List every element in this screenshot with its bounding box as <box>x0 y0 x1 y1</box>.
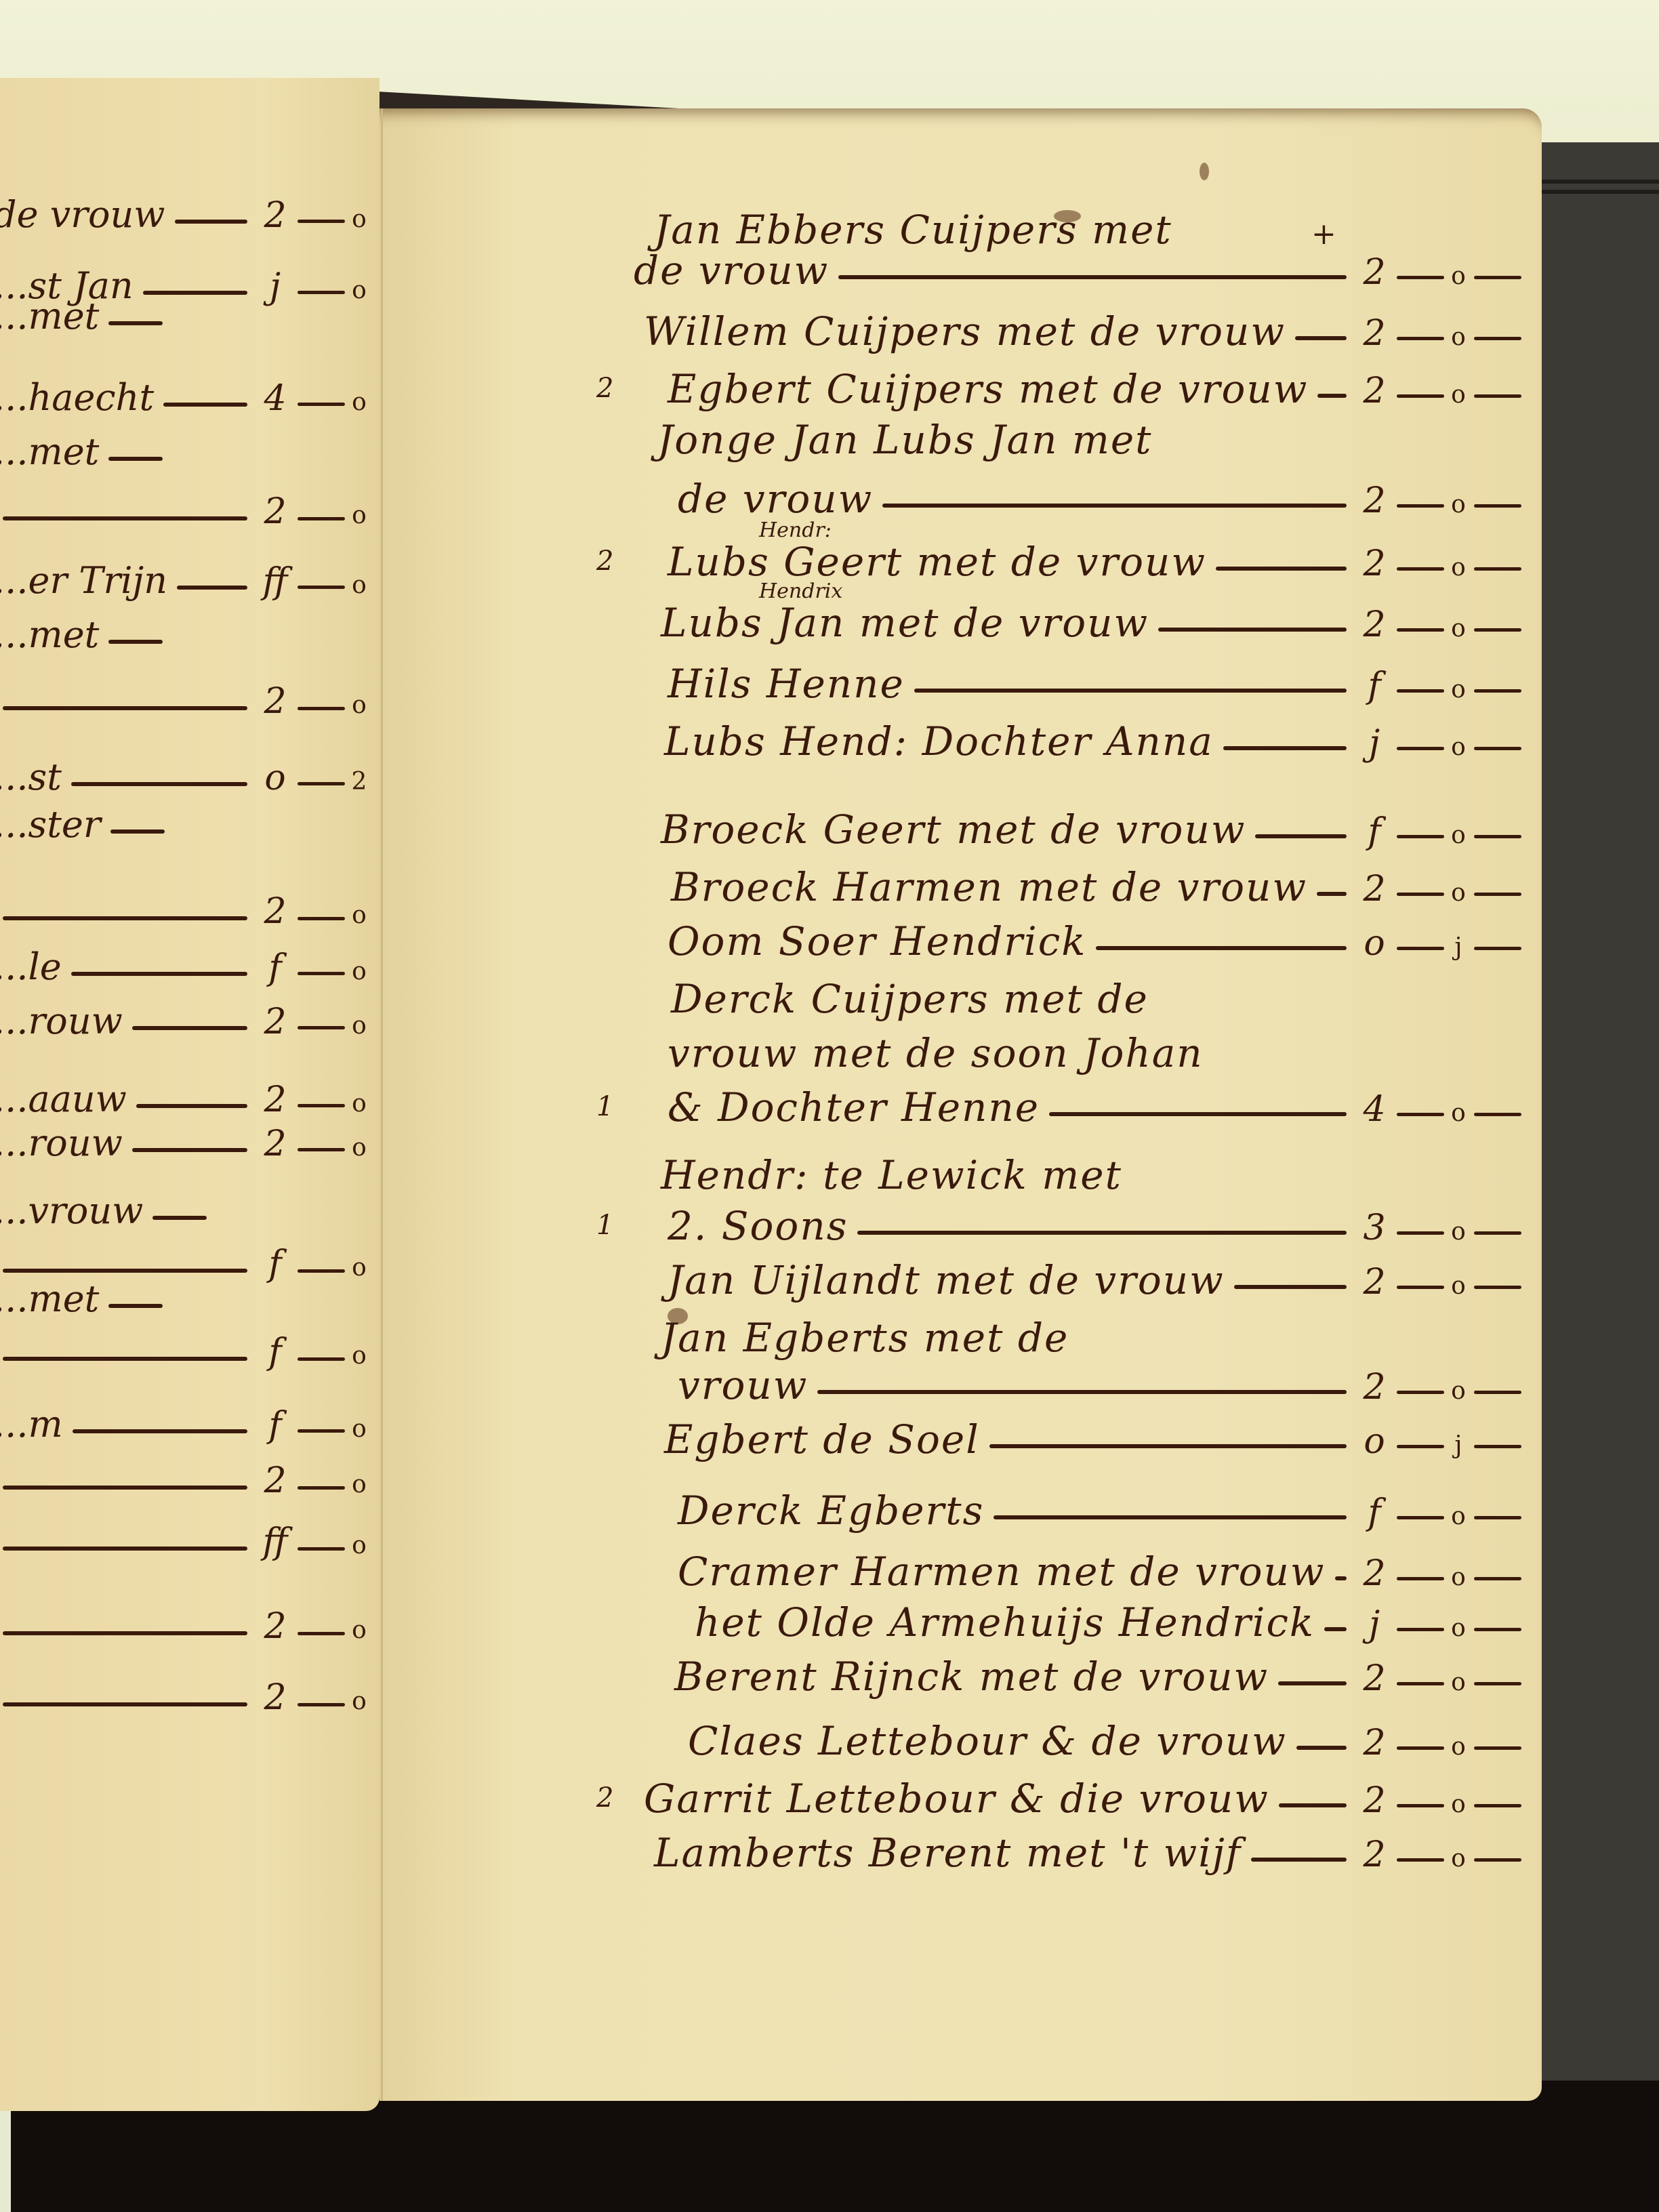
tail-dash <box>1474 1682 1521 1685</box>
fill-dash <box>71 972 247 976</box>
separator-dash <box>1397 337 1444 340</box>
tail-dash <box>1474 1516 1521 1519</box>
register-entry: Lubs Geert met de vrouw2o <box>668 539 1521 585</box>
fill-dash <box>108 640 163 644</box>
entry-count: 3 <box>1356 1208 1393 1248</box>
register-entry: het Olde Armehuijs Hendrickjo <box>695 1599 1521 1645</box>
left-page-line: ...haecht4o <box>0 376 369 419</box>
separator-dash <box>298 782 345 785</box>
separator-dash <box>298 1632 345 1635</box>
left-page-line: 2o <box>0 681 369 722</box>
entry-sub-count: o <box>1448 1668 1469 1696</box>
line-text: de vrouw <box>0 193 165 236</box>
separator-dash <box>1397 1516 1444 1519</box>
entry-name: Garrit Lettebour & die vrouw <box>644 1776 1269 1822</box>
entry-sub-count: o <box>1448 1845 1469 1872</box>
separator-dash <box>1397 835 1444 838</box>
register-entry: Lubs Jan met de vrouw2o <box>661 600 1521 646</box>
line-sub-count: o <box>349 1471 369 1498</box>
line-text: ...m <box>0 1403 63 1446</box>
entry-count: 2 <box>1356 313 1393 354</box>
separator-dash <box>1397 1445 1444 1448</box>
register-entry: Derck Cuijpers met de <box>671 976 1521 1022</box>
interlinear-note: Hendr: <box>759 518 832 542</box>
entry-sub-count: o <box>1448 1377 1469 1405</box>
left-page-line: ...aauw2o <box>0 1078 369 1120</box>
entry-name: Jan Uijlandt met de vrouw <box>668 1257 1225 1303</box>
entry-name: Hils Henne <box>668 661 905 707</box>
line-text: ...met <box>0 295 99 337</box>
left-page-line: ...lefo <box>0 945 369 988</box>
fill-dash <box>108 1304 163 1308</box>
separator-dash <box>298 1148 345 1151</box>
separator-dash <box>1397 1682 1444 1685</box>
entry-sub-count: o <box>1448 1272 1469 1300</box>
separator-dash <box>298 403 345 406</box>
entry-name: Willem Cuijpers met de vrouw <box>644 308 1286 354</box>
line-count: f <box>257 1332 293 1372</box>
line-text: ...rouw <box>0 1122 123 1164</box>
fill-dash <box>1096 946 1347 950</box>
tail-dash <box>1474 1858 1521 1862</box>
separator-dash <box>1397 1804 1444 1807</box>
entry-sub-count: o <box>1448 879 1469 907</box>
line-text: ...met <box>0 1277 99 1320</box>
line-text: ...met <box>0 430 99 473</box>
separator-dash <box>298 1547 345 1551</box>
tail-dash <box>1474 276 1521 279</box>
entry-name: Broeck Geert met de vrouw <box>661 806 1246 853</box>
register-entry: 2. Soons3o <box>668 1203 1521 1249</box>
entry-name: Jonge Jan Lubs Jan met <box>657 417 1152 463</box>
fill-dash <box>3 706 247 710</box>
entry-sub-count: o <box>1448 262 1469 290</box>
fill-dash <box>175 220 247 224</box>
separator-dash <box>298 917 345 920</box>
left-page-line: ...met <box>0 1277 369 1320</box>
entry-name: de vrouw <box>634 247 829 293</box>
fill-dash <box>1278 1681 1347 1685</box>
line-text: ...st <box>0 756 62 798</box>
fill-dash <box>3 1357 247 1361</box>
separator-dash <box>298 1269 345 1273</box>
register-entry: Jonge Jan Lubs Jan met <box>657 417 1521 463</box>
entry-count: 2 <box>1356 869 1393 909</box>
line-text: ...vrouw <box>0 1189 143 1232</box>
line-text: ...aauw <box>0 1078 127 1120</box>
entry-name: vrouw <box>678 1362 808 1408</box>
tail-dash <box>1474 1577 1521 1580</box>
left-page-line: ...mfo <box>0 1403 369 1446</box>
separator-dash <box>298 1486 345 1490</box>
line-sub-count: o <box>349 1687 369 1715</box>
left-page-line: de vrouw2o <box>0 193 369 236</box>
tail-dash <box>1474 1445 1521 1448</box>
fill-dash <box>108 321 163 325</box>
fill-dash <box>994 1515 1347 1519</box>
fill-dash <box>1223 746 1347 750</box>
separator-dash <box>298 1357 345 1361</box>
register-entry: Claes Lettebour & de vrouw2o <box>688 1718 1521 1764</box>
fill-dash <box>1335 1576 1347 1580</box>
fill-dash <box>3 1486 247 1490</box>
tail-dash <box>1474 747 1521 750</box>
fill-dash <box>3 1631 247 1635</box>
entry-sub-count: o <box>1448 821 1469 849</box>
line-sub-count: o <box>349 1012 369 1040</box>
entry-sub-count: o <box>1448 1218 1469 1246</box>
fill-dash <box>1158 628 1347 632</box>
separator-dash <box>1397 628 1444 632</box>
register-entry: de vrouw2o <box>678 476 1521 522</box>
fill-dash <box>1295 336 1347 340</box>
tail-dash <box>1474 1113 1521 1116</box>
entry-count: j <box>1356 723 1393 764</box>
entry-sub-count: o <box>1448 323 1469 351</box>
separator-dash <box>298 1026 345 1029</box>
left-page-line: ...sto2 <box>0 756 369 798</box>
line-text: ...haecht <box>0 376 154 419</box>
separator-dash <box>1397 394 1444 398</box>
entry-name: & Dochter Henne <box>668 1084 1040 1130</box>
left-page-line: 2o <box>0 1606 369 1647</box>
entry-name: Hendr: te Lewick met <box>661 1152 1122 1198</box>
fill-dash <box>3 916 247 920</box>
register-entry: Garrit Lettebour & die vrouw2o <box>644 1776 1521 1822</box>
fill-dash <box>1324 1627 1347 1631</box>
entry-name: Derck Egberts <box>678 1488 984 1534</box>
line-sub-count: o <box>349 388 369 416</box>
entry-name: Jan Egberts met de <box>661 1315 1069 1361</box>
line-text: ...ster <box>0 803 101 846</box>
separator-dash <box>1397 893 1444 896</box>
ink-stain <box>1200 163 1209 180</box>
register-entry: Jan Egberts met de <box>661 1315 1521 1361</box>
fill-dash <box>882 504 1347 508</box>
separator-dash <box>1397 1858 1444 1862</box>
fill-dash <box>3 516 247 520</box>
separator-dash <box>1397 747 1444 750</box>
entry-count: 2 <box>1356 1780 1393 1821</box>
margin-mark: 2 <box>596 546 613 577</box>
fill-dash <box>1317 892 1347 896</box>
register-entry: Jan Ebbers Cuijpers met <box>654 207 1521 253</box>
fill-dash <box>152 1216 207 1220</box>
separator-dash <box>298 220 345 223</box>
entry-sub-count: o <box>1448 1614 1469 1642</box>
line-count: 2 <box>257 1677 293 1718</box>
fill-dash <box>3 1547 247 1551</box>
fill-dash <box>989 1444 1347 1448</box>
left-page-line: ffo <box>0 1521 369 1562</box>
register-entry: Egbert Cuijpers met de vrouw2o <box>668 366 1521 412</box>
register-entry: Hendr: te Lewick met <box>661 1152 1521 1198</box>
line-sub-count: o <box>349 901 369 929</box>
separator-dash <box>298 517 345 520</box>
entry-count: o <box>1356 923 1393 964</box>
register-entry: Broeck Geert met de vrouwfo <box>661 806 1521 853</box>
cover-rule <box>1538 190 1659 194</box>
line-sub-count: o <box>349 1415 369 1443</box>
tail-dash <box>1474 628 1521 632</box>
register-entry: de vrouw2o <box>634 247 1521 293</box>
separator-dash <box>1397 1628 1444 1631</box>
register-entry: Lamberts Berent met 't wijf2o <box>654 1830 1521 1876</box>
line-count: ff <box>257 561 293 602</box>
left-page-line: ...met <box>0 295 369 337</box>
entry-sub-count: o <box>1448 1790 1469 1818</box>
entry-sub-count: o <box>1448 554 1469 581</box>
entry-count: 2 <box>1356 1658 1393 1699</box>
fill-dash <box>1317 394 1347 398</box>
left-page-line: ...ster <box>0 803 369 846</box>
entry-sub-count: o <box>1448 1502 1469 1530</box>
book-cover-right <box>1538 142 1659 2212</box>
entry-name: Lubs Geert met de vrouw <box>668 539 1206 585</box>
line-sub-count: o <box>349 1616 369 1644</box>
entry-sub-count: o <box>1448 1099 1469 1127</box>
line-count: ff <box>257 1521 293 1562</box>
register-entry: Lubs Hend: Dochter Annajo <box>664 718 1521 764</box>
separator-dash <box>298 972 345 975</box>
fill-dash <box>136 1104 247 1108</box>
entry-sub-count: j <box>1448 933 1469 961</box>
left-page-line: ...rouw2o <box>0 1122 369 1164</box>
line-count: o <box>257 758 293 798</box>
separator-dash <box>298 707 345 710</box>
entry-name: 2. Soons <box>668 1203 848 1249</box>
line-count: 2 <box>257 195 293 236</box>
separator-dash <box>1397 1746 1444 1750</box>
line-text: ...er Trijn <box>0 559 167 602</box>
margin-mark: 2 <box>596 1782 613 1814</box>
entry-sub-count: o <box>1448 381 1469 409</box>
separator-dash <box>1397 1577 1444 1580</box>
entry-name: Lamberts Berent met 't wijf <box>654 1830 1242 1876</box>
left-page-line: 2o <box>0 891 369 932</box>
line-count: 2 <box>257 1080 293 1120</box>
tail-dash <box>1474 337 1521 340</box>
left-page-line: 2o <box>0 1677 369 1718</box>
register-entry: Broeck Harmen met de vrouw2o <box>671 864 1521 910</box>
tail-dash <box>1474 893 1521 896</box>
fill-dash <box>1279 1803 1347 1807</box>
register-entry: Berent Rijnck met de vrouw2o <box>674 1654 1521 1700</box>
separator-dash <box>298 586 345 589</box>
entry-count: f <box>1356 811 1393 852</box>
tail-dash <box>1474 567 1521 571</box>
margin-mark: 1 <box>596 1091 613 1122</box>
separator-dash <box>298 1104 345 1107</box>
line-sub-count: o <box>349 1532 369 1559</box>
line-sub-count: o <box>349 1134 369 1162</box>
tail-dash <box>1474 689 1521 693</box>
entry-count: 2 <box>1356 1553 1393 1594</box>
entry-name: Claes Lettebour & de vrouw <box>688 1718 1287 1764</box>
interlinear-note: Hendrix <box>759 579 842 603</box>
register-entry: Hils Hennefo <box>668 661 1521 707</box>
register-entry: Jan Uijlandt met de vrouw2o <box>668 1257 1521 1303</box>
register-entry: vrouw met de soon Johan <box>668 1030 1521 1076</box>
line-count: 2 <box>257 1002 293 1042</box>
tail-dash <box>1474 1231 1521 1235</box>
fill-dash <box>143 291 247 295</box>
register-entry: Cramer Harmen met de vrouw2o <box>678 1549 1521 1595</box>
fill-dash <box>1049 1112 1347 1116</box>
entry-name: Broeck Harmen met de vrouw <box>671 864 1307 910</box>
entry-count: 2 <box>1356 480 1393 521</box>
entry-name: Jan Ebbers Cuijpers met <box>654 207 1172 253</box>
entry-name: de vrouw <box>678 476 873 522</box>
tail-dash <box>1474 394 1521 398</box>
entry-name: het Olde Armehuijs Hendrick <box>695 1599 1315 1645</box>
tail-dash <box>1474 1391 1521 1394</box>
fill-dash <box>1296 1746 1347 1750</box>
entry-name: Egbert Cuijpers met de vrouw <box>668 366 1308 412</box>
cover-rule <box>1538 180 1659 184</box>
fill-dash <box>1255 834 1347 838</box>
entry-name: vrouw met de soon Johan <box>668 1030 1204 1076</box>
entry-sub-count: o <box>1448 615 1469 642</box>
line-text: ...met <box>0 613 99 656</box>
fill-dash <box>177 586 247 590</box>
line-text: ...rouw <box>0 1000 123 1042</box>
entry-sub-count: o <box>1448 491 1469 518</box>
entry-name: Egbert de Soel <box>664 1416 980 1462</box>
line-sub-count: 2 <box>349 768 369 796</box>
entry-name: Lubs Hend: Dochter Anna <box>664 718 1214 764</box>
register-entry: vrouw2o <box>678 1362 1521 1408</box>
entry-name: Berent Rijnck met de vrouw <box>674 1654 1269 1700</box>
register-entry: & Dochter Henne4o <box>668 1084 1521 1130</box>
interlinear-note: + <box>1311 217 1336 251</box>
line-count: 2 <box>257 681 293 722</box>
fill-dash <box>163 403 247 407</box>
entry-name: Cramer Harmen met de vrouw <box>678 1549 1326 1595</box>
entry-name: Lubs Jan met de vrouw <box>661 600 1149 646</box>
fill-dash <box>110 829 165 834</box>
fill-dash <box>1251 1858 1347 1862</box>
line-count: 4 <box>257 378 293 419</box>
tail-dash <box>1474 1628 1521 1631</box>
line-count: f <box>257 947 293 988</box>
separator-dash <box>298 1429 345 1433</box>
entry-count: 2 <box>1356 1835 1393 1875</box>
line-sub-count: o <box>349 1342 369 1370</box>
entry-count: j <box>1356 1604 1393 1645</box>
fill-dash <box>73 1429 247 1433</box>
left-page-line: 2o <box>0 491 369 532</box>
tail-dash <box>1474 1746 1521 1750</box>
fill-dash <box>857 1231 1347 1235</box>
tail-dash <box>1474 1804 1521 1807</box>
margin-mark: 2 <box>596 373 613 404</box>
left-page-line: ...met <box>0 430 369 473</box>
register-entry: Egbert de Soeloj <box>664 1416 1521 1462</box>
fill-dash <box>132 1026 247 1030</box>
fill-dash <box>3 1702 247 1706</box>
line-count: 2 <box>257 491 293 532</box>
line-sub-count: o <box>349 691 369 719</box>
separator-dash <box>1397 689 1444 693</box>
line-sub-count: o <box>349 1090 369 1118</box>
separator-dash <box>1397 567 1444 571</box>
left-page-line: ...met <box>0 613 369 656</box>
left-page-line: ...er Trijnffo <box>0 559 369 602</box>
register-entry: Willem Cuijpers met de vrouw2o <box>644 308 1521 354</box>
fill-dash <box>838 275 1347 279</box>
line-sub-count: o <box>349 958 369 985</box>
tail-dash <box>1474 947 1521 950</box>
entry-count: 4 <box>1356 1089 1393 1130</box>
separator-dash <box>1397 947 1444 950</box>
tail-dash <box>1474 504 1521 508</box>
entry-sub-count: o <box>1448 1563 1469 1591</box>
line-sub-count: o <box>349 501 369 529</box>
entry-count: o <box>1356 1421 1393 1462</box>
fill-dash <box>914 689 1347 693</box>
entry-count: 2 <box>1356 1262 1393 1303</box>
fill-dash <box>817 1390 1347 1394</box>
separator-dash <box>1397 1286 1444 1289</box>
fill-dash <box>71 782 247 786</box>
fill-dash <box>132 1148 247 1152</box>
separator-dash <box>298 291 345 294</box>
line-sub-count: o <box>349 571 369 599</box>
left-page-line: fo <box>0 1332 369 1372</box>
entry-count: 2 <box>1356 1723 1393 1763</box>
line-sub-count: o <box>349 205 369 233</box>
entry-count: 2 <box>1356 252 1393 293</box>
fill-dash <box>1234 1285 1347 1289</box>
separator-dash <box>1397 1391 1444 1394</box>
left-page-line: ...rouw2o <box>0 1000 369 1042</box>
entry-sub-count: j <box>1448 1431 1469 1459</box>
line-count: 2 <box>257 1606 293 1647</box>
line-count: f <box>257 1405 293 1446</box>
line-text: ...le <box>0 945 62 988</box>
left-page-line: ...vrouw <box>0 1189 369 1232</box>
line-count: 2 <box>257 1124 293 1164</box>
tail-dash <box>1474 835 1521 838</box>
fill-dash <box>108 457 163 461</box>
separator-dash <box>1397 1231 1444 1235</box>
line-count: 2 <box>257 1460 293 1501</box>
separator-dash <box>298 1703 345 1706</box>
fill-dash <box>3 1269 247 1273</box>
entry-count: 2 <box>1356 605 1393 645</box>
register-entry: Oom Soer Hendrickoj <box>668 918 1521 964</box>
entry-sub-count: o <box>1448 676 1469 703</box>
separator-dash <box>1397 1113 1444 1116</box>
left-page-line: 2o <box>0 1460 369 1501</box>
entry-count: 2 <box>1356 371 1393 411</box>
entry-count: f <box>1356 1492 1393 1533</box>
entry-sub-count: o <box>1448 733 1469 761</box>
entry-count: 2 <box>1356 544 1393 584</box>
entry-name: Derck Cuijpers met de <box>671 976 1149 1022</box>
fill-dash <box>1216 567 1347 571</box>
entry-name: Oom Soer Hendrick <box>668 918 1086 964</box>
entry-count: 2 <box>1356 1367 1393 1408</box>
separator-dash <box>1397 276 1444 279</box>
separator-dash <box>1397 504 1444 508</box>
margin-mark: 1 <box>596 1210 613 1241</box>
entry-sub-count: o <box>1448 1733 1469 1761</box>
tail-dash <box>1474 1286 1521 1289</box>
page-gutter <box>381 108 383 2101</box>
entry-count: f <box>1356 665 1393 706</box>
